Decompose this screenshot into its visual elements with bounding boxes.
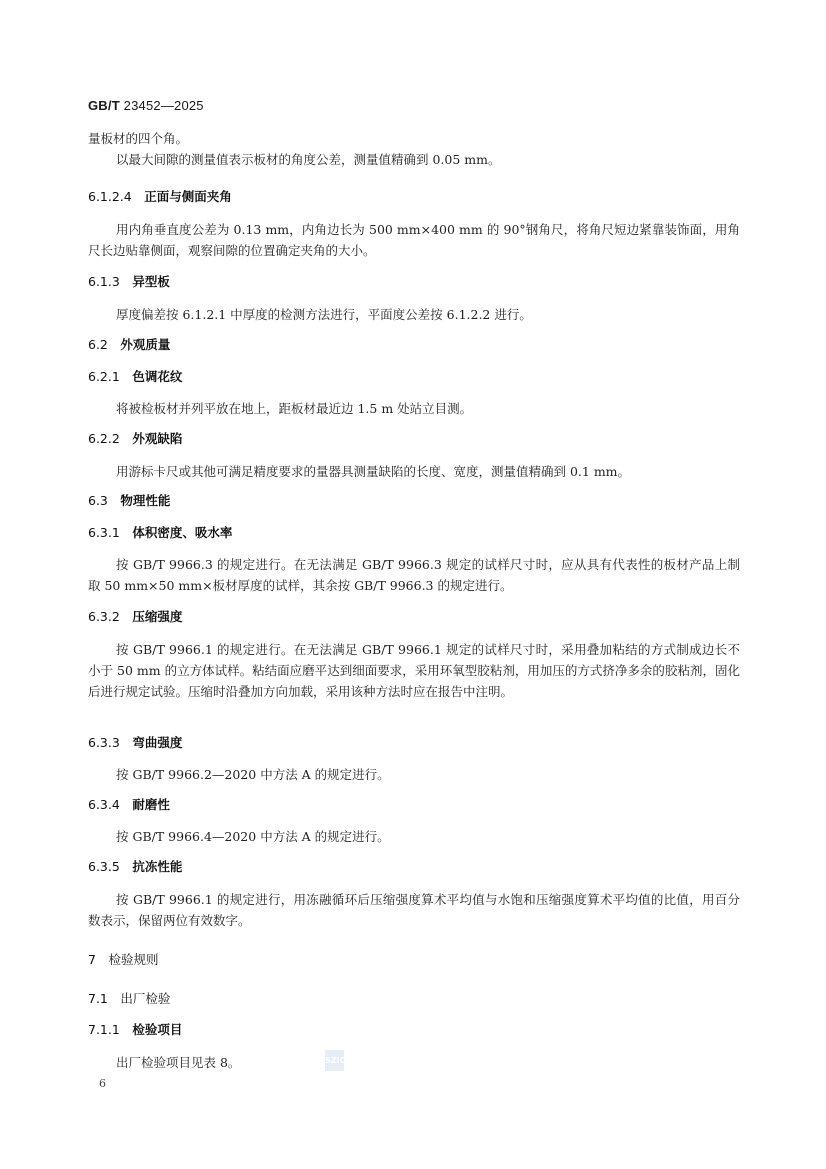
paragraph-text: 将被检板材并列平放在地上，距板材最近边 1.5 m 处站立目测。: [88, 398, 740, 419]
section-number: 6.3.1: [88, 524, 120, 542]
section-number: 6.3.4: [88, 796, 120, 814]
paragraph-text: 按 GB/T 9966.1 的规定进行。在无法满足 GB/T 9966.1 规定…: [88, 639, 740, 702]
paragraph: 用游标卡尺或其他可满足精度要求的量器具测量缺陷的长度、宽度，测量值精确到 0.1…: [88, 461, 740, 482]
paragraph-text: 按 GB/T 9966.2—2020 中方法 A 的规定进行。: [88, 764, 740, 785]
paragraph: 用内角垂直度公差为 0.13 mm，内角边长为 500 mm×400 mm 的 …: [88, 219, 740, 261]
section-title: 物理性能: [120, 493, 170, 508]
section-number: 6.3.5: [88, 858, 120, 876]
section-number: 6.3: [88, 492, 108, 510]
paragraph: 按 GB/T 9966.1 的规定进行。在无法满足 GB/T 9966.1 规定…: [88, 639, 740, 702]
section-heading: 6.3.2 压缩强度: [88, 608, 740, 626]
paragraph-text: 量板材的四个角。: [88, 128, 740, 149]
section-number: 6.2.2: [88, 430, 120, 448]
section-heading: 6.3.3 弯曲强度: [88, 734, 740, 752]
section-number: 6.1.3: [88, 273, 120, 291]
paragraph-text: 按 GB/T 9966.4—2020 中方法 A 的规定进行。: [88, 826, 740, 847]
section-heading: 6.1.2.4 正面与侧面夹角: [88, 188, 740, 206]
paragraph-text: 按 GB/T 9966.3 的规定进行。在无法满足 GB/T 9966.3 规定…: [88, 554, 740, 596]
section-title: 抗冻性能: [132, 859, 182, 874]
paragraph-text: 出厂检验项目见表 8。: [88, 1052, 740, 1073]
watermark-logo: SZIC: [325, 1050, 344, 1071]
paragraph: 按 GB/T 9966.4—2020 中方法 A 的规定进行。: [88, 826, 740, 847]
paragraph: 量板材的四个角。: [88, 128, 740, 149]
section-heading: 7.1.1 检验项目: [88, 1021, 740, 1039]
section-title: 外观缺陷: [132, 431, 182, 446]
section-heading: 6.2.2 外观缺陷: [88, 430, 740, 448]
section-title: 压缩强度: [132, 609, 182, 624]
section-title: 弯曲强度: [132, 735, 182, 750]
paragraph: 将被检板材并列平放在地上，距板材最近边 1.5 m 处站立目测。: [88, 398, 740, 419]
paragraph: 按 GB/T 9966.3 的规定进行。在无法满足 GB/T 9966.3 规定…: [88, 554, 740, 596]
document-page: GB/T 23452—2025 量板材的四个角。以最大间隙的测量值表示板材的角度…: [0, 0, 826, 1169]
section-heading: 6.2 外观质量: [88, 336, 740, 354]
section-heading: 7 检验规则: [88, 951, 740, 969]
paragraph-text: 按 GB/T 9966.1 的规定进行，用冻融循环后压缩强度算术平均值与水饱和压…: [88, 889, 740, 931]
section-heading: 6.3.5 抗冻性能: [88, 858, 740, 876]
section-heading: 6.1.3 异型板: [88, 273, 740, 291]
section-title: 异型板: [132, 274, 170, 289]
section-title: 体积密度、吸水率: [132, 525, 232, 540]
section-title: 外观质量: [120, 337, 170, 352]
paragraph-text: 用游标卡尺或其他可满足精度要求的量器具测量缺陷的长度、宽度，测量值精确到 0.1…: [88, 461, 740, 482]
standard-prefix: GB/T: [88, 98, 120, 113]
section-number: 6.3.2: [88, 608, 120, 626]
section-number: 7.1.1: [88, 1021, 120, 1039]
section-number: 6.3.3: [88, 734, 120, 752]
paragraph: 出厂检验项目见表 8。: [88, 1052, 740, 1073]
section-number: 6.1.2.4: [88, 188, 132, 206]
section-title: 色调花纹: [132, 369, 182, 384]
paragraph: 厚度偏差按 6.1.2.1 中厚度的检测方法进行，平面度公差按 6.1.2.2 …: [88, 304, 740, 325]
paragraph: 以最大间隙的测量值表示板材的角度公差，测量值精确到 0.05 mm。: [88, 149, 740, 170]
section-heading: 6.3.1 体积密度、吸水率: [88, 524, 740, 542]
section-number: 6.2: [88, 336, 108, 354]
section-title: 耐磨性: [132, 797, 170, 812]
section-number: 6.2.1: [88, 368, 120, 386]
paragraph-text: 以最大间隙的测量值表示板材的角度公差，测量值精确到 0.05 mm。: [88, 149, 740, 170]
paragraph: 按 GB/T 9966.2—2020 中方法 A 的规定进行。: [88, 764, 740, 785]
section-heading: 7.1 出厂检验: [88, 990, 740, 1008]
section-number: 7: [88, 951, 96, 969]
paragraph-text: 用内角垂直度公差为 0.13 mm，内角边长为 500 mm×400 mm 的 …: [88, 219, 740, 261]
section-heading: 6.2.1 色调花纹: [88, 368, 740, 386]
section-heading: 6.3 物理性能: [88, 492, 740, 510]
section-heading: 6.3.4 耐磨性: [88, 796, 740, 814]
paragraph-text: 厚度偏差按 6.1.2.1 中厚度的检测方法进行，平面度公差按 6.1.2.2 …: [88, 304, 740, 325]
section-number: 7.1: [88, 990, 108, 1008]
section-title: 检验项目: [132, 1022, 182, 1037]
section-title: 正面与侧面夹角: [144, 189, 232, 204]
page-number: 6: [99, 1077, 106, 1090]
standard-number: 23452—2025: [124, 98, 204, 113]
standard-header: GB/T 23452—2025: [88, 98, 204, 113]
section-title: 检验规则: [108, 952, 158, 967]
section-title: 出厂检验: [120, 991, 170, 1006]
paragraph: 按 GB/T 9966.1 的规定进行，用冻融循环后压缩强度算术平均值与水饱和压…: [88, 889, 740, 931]
